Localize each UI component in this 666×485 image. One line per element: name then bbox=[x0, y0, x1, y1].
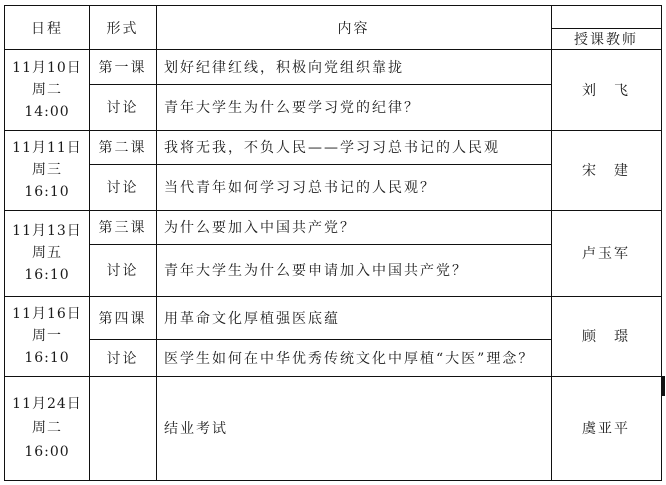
lesson-label: 第四课 bbox=[89, 296, 156, 339]
session-weekday: 周三 bbox=[32, 159, 62, 181]
discussion-title: 当代青年如何学习习总书记的人民观？ bbox=[156, 164, 551, 210]
lesson-label: 第三课 bbox=[89, 210, 156, 244]
session-date-cell: 11月16日 周一 16:10 bbox=[5, 296, 89, 376]
session-date-cell: 11月10日 周二 14:00 bbox=[5, 49, 89, 130]
session-time: 16:10 bbox=[24, 181, 69, 203]
teacher-name: 刘 飞 bbox=[551, 49, 661, 130]
header-teacher: 授课教师 bbox=[551, 28, 661, 49]
teacher-name: 卢玉军 bbox=[551, 210, 661, 296]
lesson-title: 为什么要加入中国共产党？ bbox=[156, 210, 551, 244]
final-date-cell: 11月24日 周二 16:00 bbox=[5, 376, 89, 480]
final-format bbox=[89, 376, 156, 480]
final-teacher: 虞亚平 bbox=[551, 376, 661, 480]
header-format: 形式 bbox=[89, 6, 156, 49]
teacher-name: 顾 璟 bbox=[551, 296, 661, 376]
discussion-title: 医学生如何在中华优秀传统文化中厚植“大医”理念？ bbox=[156, 339, 551, 376]
final-date: 11月24日 bbox=[12, 392, 82, 416]
schedule-table: 日程 形式 内容 授课教师 11月10日 周二 14:00 第一课 划好纪律红线… bbox=[4, 5, 662, 481]
session-time: 14:00 bbox=[24, 101, 69, 123]
session-time: 16:10 bbox=[24, 264, 69, 286]
header-date: 日程 bbox=[5, 6, 89, 49]
header-content: 内容 bbox=[156, 6, 551, 49]
lesson-title: 划好纪律红线，积极向党组织靠拢 bbox=[156, 49, 551, 84]
session-date: 11月10日 bbox=[12, 57, 82, 79]
session-weekday: 周二 bbox=[32, 79, 62, 101]
final-time: 16:00 bbox=[24, 440, 69, 464]
edge-marker bbox=[662, 376, 665, 396]
discussion-label: 讨论 bbox=[89, 244, 156, 296]
lesson-title: 我将无我，不负人民——学习习总书记的人民观 bbox=[156, 130, 551, 164]
session-time: 16:10 bbox=[24, 347, 69, 369]
session-date: 11月13日 bbox=[12, 220, 82, 242]
session-weekday: 周五 bbox=[32, 242, 62, 264]
discussion-label: 讨论 bbox=[89, 339, 156, 376]
session-date: 11月11日 bbox=[12, 137, 82, 159]
final-content: 结业考试 bbox=[156, 376, 551, 480]
session-date: 11月16日 bbox=[12, 303, 82, 325]
discussion-label: 讨论 bbox=[89, 84, 156, 130]
discussion-title: 青年大学生为什么要学习党的纪律？ bbox=[156, 84, 551, 130]
lesson-label: 第二课 bbox=[89, 130, 156, 164]
final-weekday: 周二 bbox=[32, 416, 62, 440]
session-weekday: 周一 bbox=[32, 325, 62, 347]
lesson-title: 用革命文化厚植强医底蕴 bbox=[156, 296, 551, 339]
session-date-cell: 11月13日 周五 16:10 bbox=[5, 210, 89, 296]
session-date-cell: 11月11日 周三 16:10 bbox=[5, 130, 89, 210]
discussion-title: 青年大学生为什么要申请加入中国共产党？ bbox=[156, 244, 551, 296]
discussion-label: 讨论 bbox=[89, 164, 156, 210]
lesson-label: 第一课 bbox=[89, 49, 156, 84]
teacher-name: 宋 建 bbox=[551, 130, 661, 210]
